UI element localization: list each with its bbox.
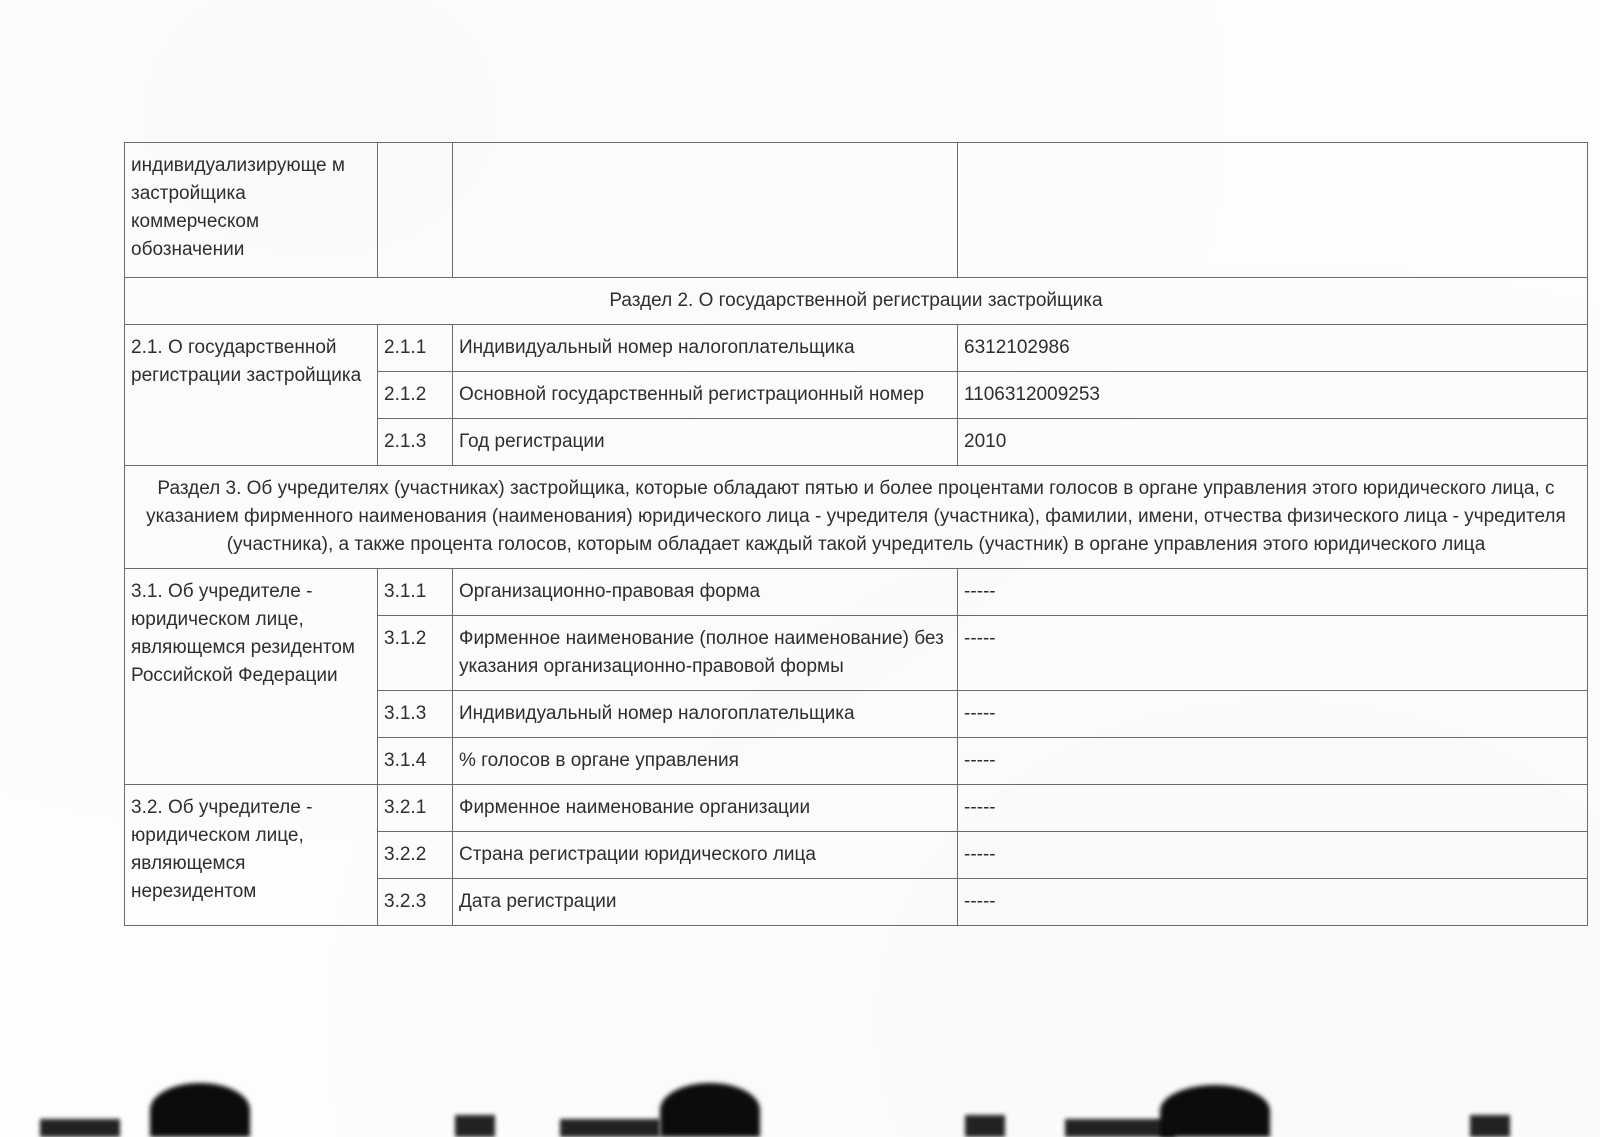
scan-shadow (965, 1115, 1005, 1137)
section-2-title: Раздел 2. О государственной регистрации … (125, 278, 1588, 325)
item-number: 3.1.1 (378, 569, 453, 616)
section-header-row: Раздел 3. Об учредителях (участниках) за… (125, 466, 1588, 569)
field-name: Основной государственный регистрационный… (453, 372, 958, 419)
group-label-3-1: 3.1. Об учредителе - юридическом лице, я… (125, 569, 378, 785)
item-number: 3.1.4 (378, 738, 453, 785)
scan-shadow (560, 1119, 660, 1137)
item-number: 3.2.2 (378, 832, 453, 879)
table-row: 2.1. О государственной регистрации застр… (125, 325, 1588, 372)
field-value: ----- (958, 738, 1588, 785)
field-value-inn: 6312102986 (958, 325, 1588, 372)
item-number: 3.2.1 (378, 785, 453, 832)
table-row: 3.1. Об учредителе - юридическом лице, я… (125, 569, 1588, 616)
field-value-registration-year: 2010 (958, 419, 1588, 466)
scan-shadow (660, 1083, 760, 1137)
field-name: Индивидуальный номер налогоплательщика (453, 691, 958, 738)
section-header-row: Раздел 2. О государственной регистрации … (125, 278, 1588, 325)
scan-shadow (1065, 1119, 1175, 1137)
item-number: 2.1.1 (378, 325, 453, 372)
scan-shadow (40, 1119, 120, 1137)
group-label-2-1: 2.1. О государственной регистрации застр… (125, 325, 378, 466)
field-name: Страна регистрации юридического лица (453, 832, 958, 879)
group-label-3-2: 3.2. Об учредителе - юридическом лице, я… (125, 785, 378, 926)
field-value: ----- (958, 832, 1588, 879)
field-value-ogrn: 1106312009253 (958, 372, 1588, 419)
field-value: ----- (958, 879, 1588, 926)
field-value-continuation (958, 143, 1588, 278)
field-value: ----- (958, 616, 1588, 691)
item-number: 2.1.3 (378, 419, 453, 466)
scan-shadow (1470, 1115, 1510, 1137)
scan-shadow (455, 1115, 495, 1137)
section-3-title: Раздел 3. Об учредителях (участниках) за… (125, 466, 1588, 569)
field-name: Фирменное наименование организации (453, 785, 958, 832)
item-number-continuation (378, 143, 453, 278)
field-name: Организационно-правовая форма (453, 569, 958, 616)
item-number: 2.1.2 (378, 372, 453, 419)
field-name-continuation (453, 143, 958, 278)
field-value: ----- (958, 691, 1588, 738)
field-name: Год регистрации (453, 419, 958, 466)
table-row-continuation: индивидуализирующе м застройщика коммерч… (125, 143, 1588, 278)
field-name: Дата регистрации (453, 879, 958, 926)
field-value: ----- (958, 785, 1588, 832)
scan-shadow (1160, 1085, 1270, 1137)
item-number: 3.2.3 (378, 879, 453, 926)
field-name: Индивидуальный номер налогоплательщика (453, 325, 958, 372)
scan-shadow (150, 1083, 250, 1137)
developer-info-table: индивидуализирующе м застройщика коммерч… (124, 142, 1588, 926)
field-name: Фирменное наименование (полное наименова… (453, 616, 958, 691)
item-number: 3.1.2 (378, 616, 453, 691)
table-row: 3.2. Об учредителе - юридическом лице, я… (125, 785, 1588, 832)
group-label-continuation: индивидуализирующе м застройщика коммерч… (125, 143, 378, 278)
field-name: % голосов в органе управления (453, 738, 958, 785)
field-value: ----- (958, 569, 1588, 616)
item-number: 3.1.3 (378, 691, 453, 738)
